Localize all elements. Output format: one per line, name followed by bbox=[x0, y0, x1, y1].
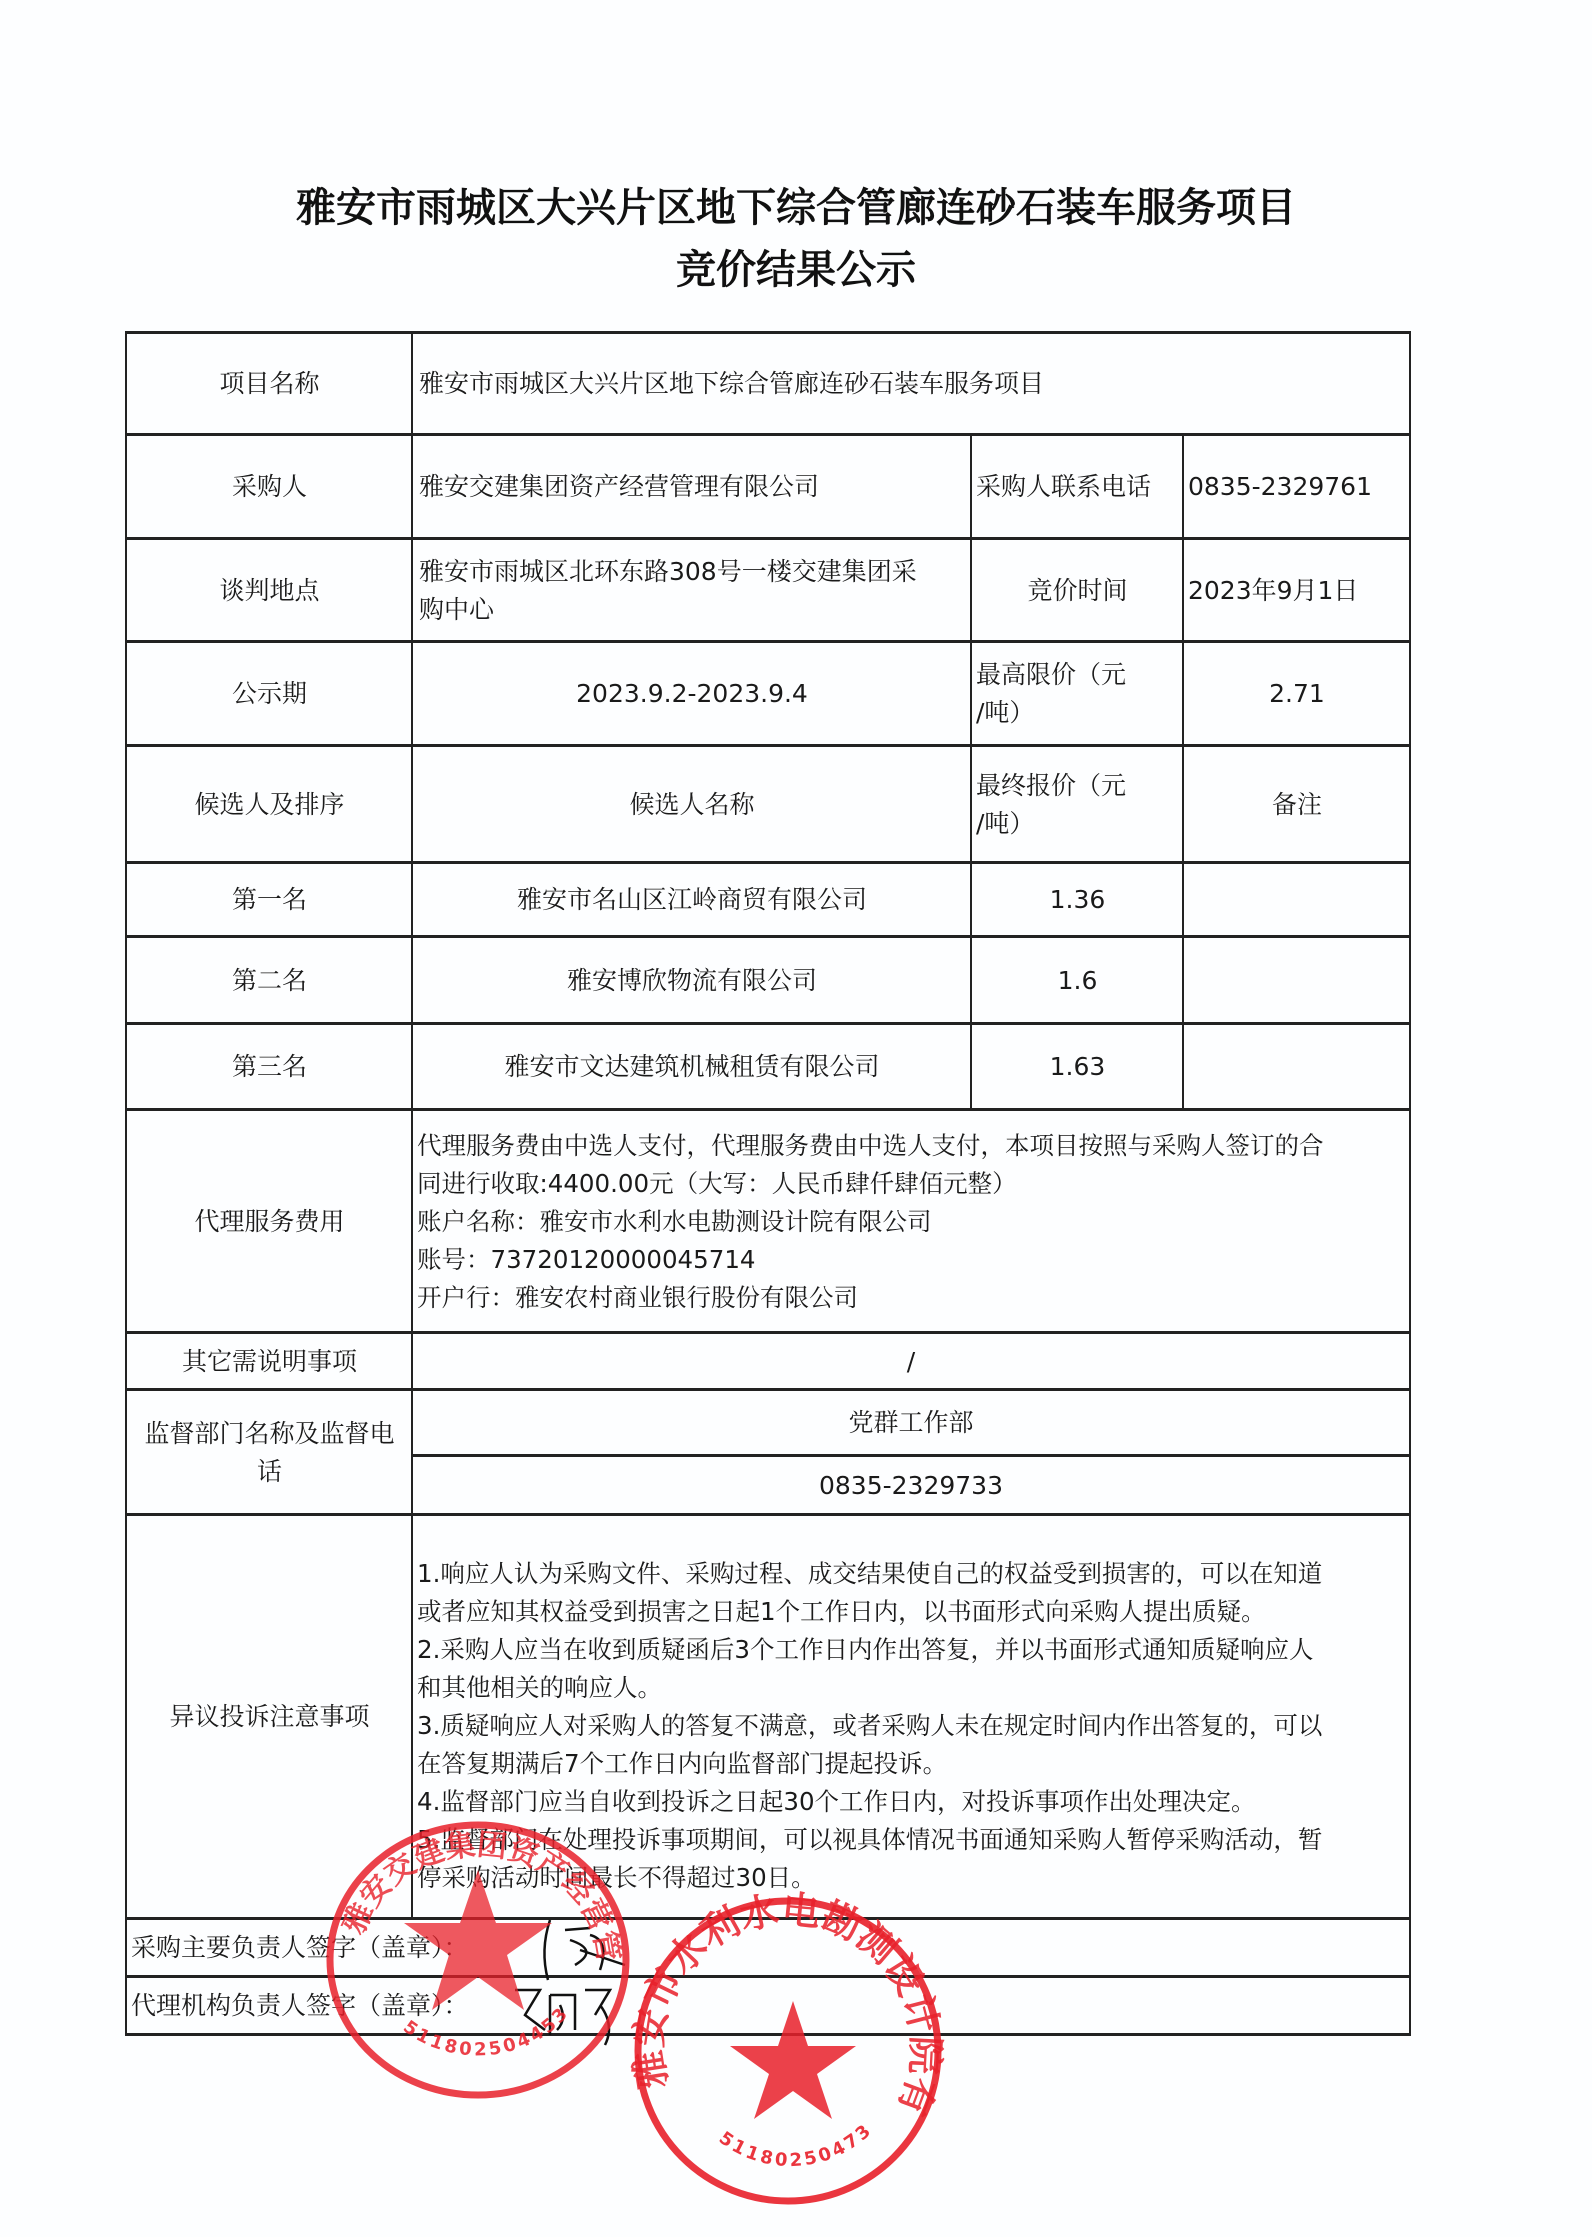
complaint-note-line: 和其他相关的响应人。 bbox=[417, 1669, 1322, 1707]
supervision-phone: 0835-2329733 bbox=[413, 1457, 1409, 1514]
supervision-label-line2: 话 bbox=[144, 1453, 394, 1491]
project-name-label: 项目名称 bbox=[127, 334, 412, 434]
candidate-remark bbox=[1184, 864, 1410, 936]
document-subtitle: 竞价结果公示 bbox=[0, 238, 1592, 295]
complaint-note-line: 或者应知其权益受到损害之日起1个工作日内，以书面形式向采购人提出质疑。 bbox=[417, 1593, 1322, 1631]
complaint-notes-content: 1.响应人认为采购文件、采购过程、成交结果使自己的权益受到损害的，可以在知道 或… bbox=[413, 1516, 1409, 1918]
negotiation-place-line2: 购中心 bbox=[419, 591, 917, 629]
account-number: 账号：73720120000045714 bbox=[417, 1241, 1324, 1279]
document-title: 雅安市雨城区大兴片区地下综合管廊连砂石装车服务项目 bbox=[0, 176, 1592, 233]
remark-header: 备注 bbox=[1184, 747, 1410, 862]
candidate-name: 雅安市文达建筑机械租赁有限公司 bbox=[413, 1025, 971, 1109]
final-price-header: 最终报价（元 /吨） bbox=[972, 747, 1183, 862]
candidate-rank: 第一名 bbox=[127, 864, 412, 936]
other-matters-value: / bbox=[413, 1334, 1409, 1389]
purchaser-phone-label: 采购人联系电话 bbox=[972, 436, 1183, 538]
bank-name: 开户行：雅安农村商业银行股份有限公司 bbox=[417, 1279, 1324, 1317]
account-name: 账户名称：雅安市水利水电勘测设计院有限公司 bbox=[417, 1203, 1324, 1241]
complaint-note-line: 停采购活动时间最长不得超过30日。 bbox=[417, 1859, 1322, 1897]
complaint-note-line: 1.响应人认为采购文件、采购过程、成交结果使自己的权益受到损害的，可以在知道 bbox=[417, 1555, 1322, 1593]
negotiation-place-line1: 雅安市雨城区北环东路308号一楼交建集团采 bbox=[419, 553, 917, 591]
publicity-period-value: 2023.9.2-2023.9.4 bbox=[413, 643, 971, 745]
max-price-label-line2: /吨） bbox=[976, 694, 1126, 732]
bid-time: 2023年9月1日 bbox=[1184, 540, 1410, 641]
negotiation-place-value: 雅安市雨城区北环东路308号一楼交建集团采 购中心 bbox=[413, 540, 971, 641]
supervision-department: 党群工作部 bbox=[413, 1391, 1409, 1455]
agency-signature-label: 代理机构负责人签字（盖章）： bbox=[127, 1978, 1409, 2034]
final-price-header-line2: /吨） bbox=[976, 805, 1126, 843]
candidate-price: 1.36 bbox=[972, 864, 1183, 936]
agency-fee-line: 代理服务费由中选人支付，代理服务费由中选人支付，本项目按照与采购人签订的合 bbox=[417, 1127, 1324, 1165]
candidate-rank: 第二名 bbox=[127, 938, 412, 1023]
complaint-note-line: 在答复期满后7个工作日内向监督部门提起投诉。 bbox=[417, 1745, 1322, 1783]
complaint-note-line: 2.采购人应当在收到质疑函后3个工作日内作出答复，并以书面形式通知质疑响应人 bbox=[417, 1631, 1322, 1669]
max-price-value: 2.71 bbox=[1184, 643, 1410, 745]
candidate-price: 1.63 bbox=[972, 1025, 1183, 1109]
candidate-rank: 第三名 bbox=[127, 1025, 412, 1109]
agency-fee-details: 代理服务费由中选人支付，代理服务费由中选人支付，本项目按照与采购人签订的合 同进… bbox=[413, 1111, 1409, 1332]
purchaser-signature-label: 采购主要负责人签字（盖章）： bbox=[127, 1920, 1409, 1976]
agency-fee-label: 代理服务费用 bbox=[127, 1111, 412, 1332]
purchaser-phone: 0835-2329761 bbox=[1184, 436, 1410, 538]
bid-time-label: 竞价时间 bbox=[972, 540, 1183, 641]
max-price-label: 最高限价（元 /吨） bbox=[972, 643, 1183, 745]
purchaser-label: 采购人 bbox=[127, 436, 412, 538]
project-name-value: 雅安市雨城区大兴片区地下综合管廊连砂石装车服务项目 bbox=[413, 334, 1409, 434]
other-matters-label: 其它需说明事项 bbox=[127, 1334, 412, 1389]
negotiation-place-label: 谈判地点 bbox=[127, 540, 412, 641]
supervision-label-line1: 监督部门名称及监督电 bbox=[144, 1415, 394, 1453]
publicity-period-label: 公示期 bbox=[127, 643, 412, 745]
complaint-note-line: 5.监督部门在处理投诉事项期间，可以视具体情况书面通知采购人暂停采购活动，暂 bbox=[417, 1821, 1322, 1859]
candidate-name: 雅安博欣物流有限公司 bbox=[413, 938, 971, 1023]
max-price-label-line1: 最高限价（元 bbox=[976, 656, 1126, 694]
purchaser-value: 雅安交建集团资产经营管理有限公司 bbox=[413, 436, 971, 538]
candidate-remark bbox=[1184, 1025, 1410, 1109]
complaint-note-line: 4.监督部门应当自收到投诉之日起30个工作日内，对投诉事项作出处理决定。 bbox=[417, 1783, 1322, 1821]
candidate-name-header: 候选人名称 bbox=[413, 747, 971, 862]
final-price-header-line1: 最终报价（元 bbox=[976, 767, 1126, 805]
candidate-price: 1.6 bbox=[972, 938, 1183, 1023]
complaint-note-line: 3.质疑响应人对采购人的答复不满意，或者采购人未在规定时间内作出答复的，可以 bbox=[417, 1707, 1322, 1745]
candidate-name: 雅安市名山区江岭商贸有限公司 bbox=[413, 864, 971, 936]
agency-fee-line: 同进行收取:4400.00元（大写：人民币肆仟肆佰元整） bbox=[417, 1165, 1324, 1203]
supervision-label: 监督部门名称及监督电 话 bbox=[127, 1391, 412, 1514]
complaint-notes-label: 异议投诉注意事项 bbox=[127, 1516, 412, 1918]
candidate-remark bbox=[1184, 938, 1410, 1023]
candidates-rank-header: 候选人及排序 bbox=[127, 747, 412, 862]
